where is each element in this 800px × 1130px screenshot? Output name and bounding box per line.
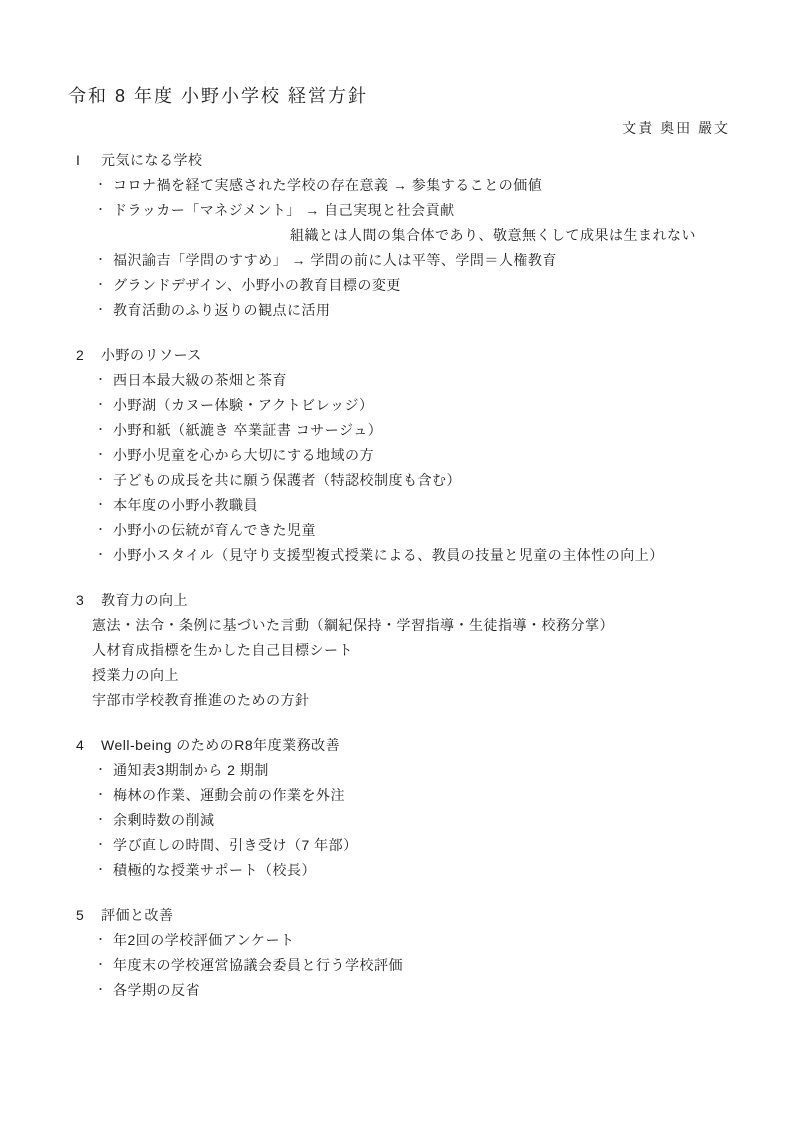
bullet-icon: ・ xyxy=(95,198,106,223)
list-item-text: 憲法・法令・条例に基づいた言動（綱紀保持・学習指導・生徒指導・校務分掌） xyxy=(92,617,614,633)
list-item: 人材育成指標を生かした自己目標シート xyxy=(68,638,730,663)
bullet-icon: ・ xyxy=(95,978,106,1003)
bullet-icon: ・ xyxy=(95,518,106,543)
policy-section: 4Well-being のためのR8年度業務改善・通知表3期制から 2 期制・梅… xyxy=(68,733,730,883)
bullet-icon: ・ xyxy=(95,173,106,198)
policy-section: I元気になる学校・コロナ禍を経て実感された学校の存在意義 → 参集することの価値… xyxy=(68,148,730,323)
list-item: ・小野小スタイル（見守り支援型複式授業による、教員の技量と児童の主体性の向上） xyxy=(68,543,730,568)
bullet-icon: ・ xyxy=(95,858,106,883)
bullet-icon: ・ xyxy=(95,808,106,833)
bullet-icon: ・ xyxy=(95,368,106,393)
list-item-text: 年2回の学校評価アンケート xyxy=(113,932,294,948)
section-number: 2 xyxy=(76,343,101,368)
bullet-icon: ・ xyxy=(95,783,106,808)
list-item-text: グランドデザイン、小野小の教育目標の変更 xyxy=(113,277,401,293)
list-item-text: 小野小児童を心から大切にする地域の方 xyxy=(113,447,374,463)
bullet-icon: ・ xyxy=(95,298,106,323)
list-item-text: ドラッカー「マネジメント」 → 自己実現と社会貢献 xyxy=(113,202,455,218)
section-heading: 5評価と改善 xyxy=(68,903,730,928)
list-item: ・積極的な授業サポート（校長） xyxy=(68,858,730,883)
list-item-text: 福沢諭吉「学問のすすめ」 → 学問の前に人は平等、学問＝人権教育 xyxy=(113,252,557,268)
section-items: ・年2回の学校評価アンケート・年度末の学校運営協議会委員と行う学校評価・各学期の… xyxy=(68,928,730,1003)
list-item-text: 子どもの成長を共に願う保護者（特認校制度も含む） xyxy=(113,472,461,488)
list-item: ・西日本最大級の茶畑と茶育 xyxy=(68,368,730,393)
list-item-text: 梅林の作業、運動会前の作業を外注 xyxy=(113,787,345,803)
section-heading: 3教育力の向上 xyxy=(68,588,730,613)
section-items: ・コロナ禍を経て実感された学校の存在意義 → 参集することの価値・ドラッカー「マ… xyxy=(68,173,730,323)
section-title: 評価と改善 xyxy=(101,907,174,923)
list-item: ・小野小の伝統が育んできた児童 xyxy=(68,518,730,543)
bullet-icon: ・ xyxy=(95,468,106,493)
bullet-icon: ・ xyxy=(95,418,106,443)
list-item: ・本年度の小野小教職員 xyxy=(68,493,730,518)
list-item-text: 西日本最大級の茶畑と茶育 xyxy=(113,372,287,388)
section-heading: 4Well-being のためのR8年度業務改善 xyxy=(68,733,730,758)
byline: 文責 奥田 嚴文 xyxy=(68,118,730,138)
section-title: 教育力の向上 xyxy=(101,592,188,608)
list-item-text: 小野小の伝統が育んできた児童 xyxy=(113,522,316,538)
policy-section: 3教育力の向上憲法・法令・条例に基づいた言動（綱紀保持・学習指導・生徒指導・校務… xyxy=(68,588,730,713)
section-number: I xyxy=(76,148,101,173)
list-item-text: コロナ禍を経て実感された学校の存在意義 → 参集することの価値 xyxy=(113,177,542,193)
list-item-text: 余剰時数の削減 xyxy=(113,812,215,828)
section-items: ・西日本最大級の茶畑と茶育・小野湖（カヌー体験・アクトビレッジ）・小野和紙（紙漉… xyxy=(68,368,730,568)
list-item-text: 本年度の小野小教職員 xyxy=(113,497,258,513)
list-item-text: 小野和紙（紙漉き 卒業証書 コサージュ） xyxy=(113,422,382,438)
list-item-text: 積極的な授業サポート（校長） xyxy=(113,862,316,878)
list-item-text: 人材育成指標を生かした自己目標シート xyxy=(92,642,353,658)
list-item-text: 組織とは人間の集合体であり、敬意無くして成果は生まれない xyxy=(290,227,696,243)
list-item: ・子どもの成長を共に願う保護者（特認校制度も含む） xyxy=(68,468,730,493)
list-item-text: 宇部市学校教育推進のための方針 xyxy=(92,692,310,708)
bullet-icon: ・ xyxy=(95,393,106,418)
bullet-icon: ・ xyxy=(95,248,106,273)
list-item: ・ドラッカー「マネジメント」 → 自己実現と社会貢献 xyxy=(68,198,730,223)
section-items: 憲法・法令・条例に基づいた言動（綱紀保持・学習指導・生徒指導・校務分掌）人材育成… xyxy=(68,613,730,713)
list-item: ・グランドデザイン、小野小の教育目標の変更 xyxy=(68,273,730,298)
bullet-icon: ・ xyxy=(95,493,106,518)
document-page: 令和 8 年度 小野小学校 経営方針 文責 奥田 嚴文 I元気になる学校・コロナ… xyxy=(0,0,800,1130)
list-item-text: 授業力の向上 xyxy=(92,667,179,683)
list-item: ・余剰時数の削減 xyxy=(68,808,730,833)
section-number: 4 xyxy=(76,733,101,758)
list-item: 宇部市学校教育推進のための方針 xyxy=(68,688,730,713)
section-items: ・通知表3期制から 2 期制・梅林の作業、運動会前の作業を外注・余剰時数の削減・… xyxy=(68,758,730,883)
section-title: Well-being のためのR8年度業務改善 xyxy=(101,737,340,753)
list-item: ・各学期の反省 xyxy=(68,978,730,1003)
list-item-text: 小野湖（カヌー体験・アクトビレッジ） xyxy=(113,397,373,413)
list-item: ・学び直しの時間、引き受け（7 年部） xyxy=(68,833,730,858)
list-item: ・福沢諭吉「学問のすすめ」 → 学問の前に人は平等、学問＝人権教育 xyxy=(68,248,730,273)
bullet-icon: ・ xyxy=(95,273,106,298)
section-title: 小野のリソース xyxy=(101,347,202,363)
list-item-text: 教育活動のふり返りの観点に活用 xyxy=(113,302,331,318)
bullet-icon: ・ xyxy=(95,833,106,858)
section-number: 3 xyxy=(76,588,101,613)
list-item-text: 通知表3期制から 2 期制 xyxy=(113,762,269,778)
list-item: 憲法・法令・条例に基づいた言動（綱紀保持・学習指導・生徒指導・校務分掌） xyxy=(68,613,730,638)
list-item: ・通知表3期制から 2 期制 xyxy=(68,758,730,783)
bullet-icon: ・ xyxy=(95,543,106,568)
bullet-icon: ・ xyxy=(95,443,106,468)
section-number: 5 xyxy=(76,903,101,928)
sections-container: I元気になる学校・コロナ禍を経て実感された学校の存在意義 → 参集することの価値… xyxy=(68,148,730,1003)
list-item-text: 学び直しの時間、引き受け（7 年部） xyxy=(113,837,358,853)
list-item: ・年度末の学校運営協議会委員と行う学校評価 xyxy=(68,953,730,978)
list-item-text: 年度末の学校運営協議会委員と行う学校評価 xyxy=(113,957,403,973)
section-heading: 2小野のリソース xyxy=(68,343,730,368)
policy-section: 2小野のリソース・西日本最大級の茶畑と茶育・小野湖（カヌー体験・アクトビレッジ）… xyxy=(68,343,730,568)
list-item: ・コロナ禍を経て実感された学校の存在意義 → 参集することの価値 xyxy=(68,173,730,198)
bullet-icon: ・ xyxy=(95,953,106,978)
list-item: ・梅林の作業、運動会前の作業を外注 xyxy=(68,783,730,808)
bullet-icon: ・ xyxy=(95,758,106,783)
list-item-text: 小野小スタイル（見守り支援型複式授業による、教員の技量と児童の主体性の向上） xyxy=(113,547,664,563)
section-heading: I元気になる学校 xyxy=(68,148,730,173)
bullet-icon: ・ xyxy=(95,928,106,953)
list-item-text: 各学期の反省 xyxy=(113,982,200,998)
list-item: ・年2回の学校評価アンケート xyxy=(68,928,730,953)
list-item: 授業力の向上 xyxy=(68,663,730,688)
list-item: ・小野小児童を心から大切にする地域の方 xyxy=(68,443,730,468)
list-item: ・教育活動のふり返りの観点に活用 xyxy=(68,298,730,323)
list-item: ・小野湖（カヌー体験・アクトビレッジ） xyxy=(68,393,730,418)
policy-section: 5評価と改善・年2回の学校評価アンケート・年度末の学校運営協議会委員と行う学校評… xyxy=(68,903,730,1003)
section-title: 元気になる学校 xyxy=(101,152,203,168)
list-item: 組織とは人間の集合体であり、敬意無くして成果は生まれない xyxy=(68,223,730,248)
page-title: 令和 8 年度 小野小学校 経営方針 xyxy=(68,84,730,108)
list-item: ・小野和紙（紙漉き 卒業証書 コサージュ） xyxy=(68,418,730,443)
